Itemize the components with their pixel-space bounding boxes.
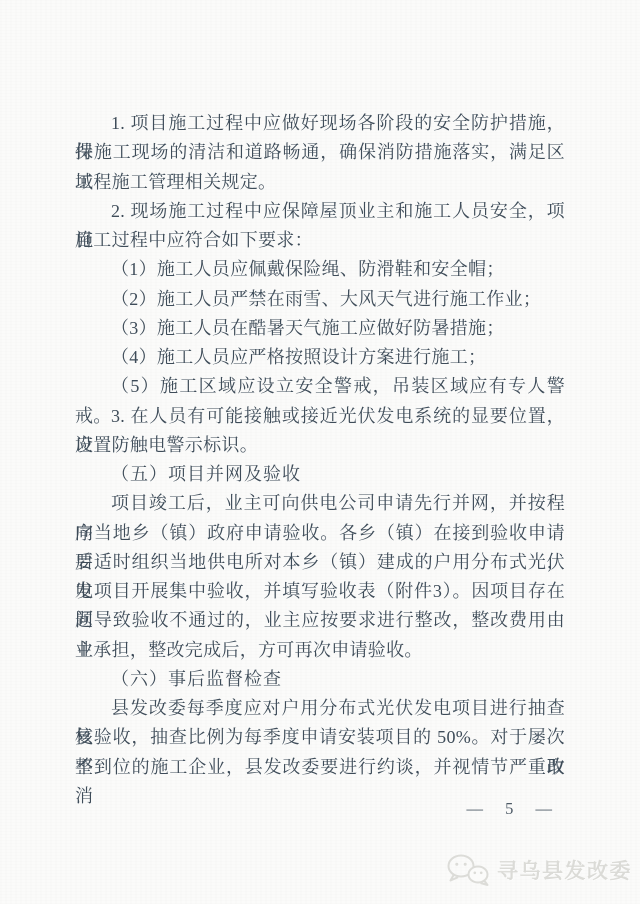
text-line: 施工过程中应符合如下要求： — [75, 226, 565, 255]
document-body: 1. 项目施工过程中应做好现场各阶段的安全防护措施，保 持施工现场的清洁和道路畅… — [75, 109, 565, 782]
text-line: 主承担，整改完成后，方可再次申请验收。 — [75, 636, 565, 665]
text-line: 题导致验收不通过的，业主应按要求进行整改，整改费用由业 — [75, 606, 565, 635]
text-line: 2. 现场施工过程中应保障屋顶业主和施工人员安全，项目 — [75, 197, 565, 226]
watermark-text: 寻乌县发改委 — [497, 855, 632, 885]
list-item: （1）施工人员应佩戴保险绳、防滑鞋和安全帽； — [75, 255, 565, 284]
text-line: 电项目开展集中验收，并填写验收表（附件3）。因项目存在问 — [75, 577, 565, 606]
text-line: 持施工现场的清洁和道路畅通，确保消防措施落实，满足区域 — [75, 138, 565, 167]
text-line: 工程施工管理相关规定。 — [75, 168, 565, 197]
text-line: 3. 在人员有可能接触或接近光伏发电系统的显要位置，应 — [75, 402, 565, 431]
text-line: 项目竣工后，业主可向供电公司申请先行并网，并按程序 — [75, 489, 565, 518]
text-line: 1. 项目施工过程中应做好现场各阶段的安全防护措施，保 — [75, 109, 565, 138]
watermark: 寻乌县发改委 — [446, 853, 632, 887]
text-line: 要适时组织当地供电所对本乡（镇）建成的户用分布式光伏发 — [75, 548, 565, 577]
list-item: （3）施工人员在酷暑天气施工应做好防暑措施； — [75, 314, 565, 343]
wechat-icon — [446, 853, 490, 887]
text-line: 县发改委每季度应对户用分布式光伏发电项目进行抽查复 — [75, 694, 565, 723]
text-line: 向当地乡（镇）政府申请验收。各乡（镇）在接到验收申请后， — [75, 519, 565, 548]
text-line: 不到位的施工企业，县发改委要进行约谈，并视情节严重取消 — [75, 753, 565, 782]
text-line: 核验收，抽查比例为每季度申请安装项目的 50%。对于屡次整改 — [75, 723, 565, 752]
list-item: （2）施工人员严禁在雨雪、大风天气进行施工作业； — [75, 285, 565, 314]
page-number: — 5 — — [467, 799, 555, 819]
text-line: 设置防触电警示标识。 — [75, 431, 565, 460]
section-heading: （六）事后监督检查 — [75, 665, 565, 694]
document-page: 1. 项目施工过程中应做好现场各阶段的安全防护措施，保 持施工现场的清洁和道路畅… — [0, 0, 640, 904]
section-heading: （五）项目并网及验收 — [75, 460, 565, 489]
list-item: （5）施工区域应设立安全警戒，吊装区域应有专人警戒。 — [75, 372, 565, 401]
list-item: （4）施工人员应严格按照设计方案进行施工； — [75, 343, 565, 372]
